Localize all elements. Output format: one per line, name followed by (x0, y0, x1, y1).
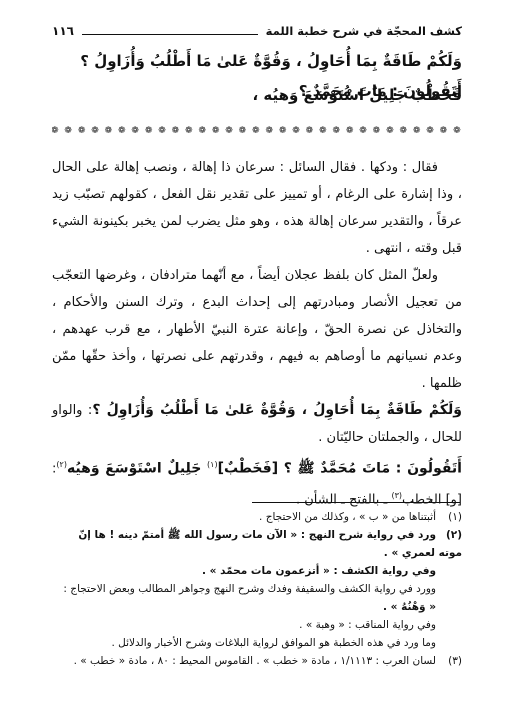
footnote-2-cont-1: وفي رواية الكشف : « أتزعمون مات محمّد » … (52, 562, 462, 580)
running-title: كشف المحجّة في شرح خطبة اللمة (266, 24, 462, 38)
footnote-2-cont-2: وورد في رواية الكشف والسقيفة وفدك وشرح ا… (52, 580, 462, 598)
footnote-text: أثبتناها من « ب » ، وكذلك من الاحتجاج . (259, 511, 436, 523)
paragraph-3: وَلَكُمْ طَاقَةٌ بِمَا أُحَاوِلُ ، وَقُو… (52, 397, 462, 451)
quoted-verse-2a: أَتَقُولُونَ : مَاتَ مُحَمَّدٌ ﷺ ؟ [فَخَ… (218, 460, 462, 476)
footnote-2-cont-5: وما ورد في هذه الخطبة هو الموافق لرواية … (52, 634, 462, 652)
page-header: كشف المحجّة في شرح خطبة اللمة ١١٦ (52, 22, 462, 40)
header-rule (82, 34, 258, 35)
footnote-rule (252, 502, 460, 503)
paragraph-2: ولعلّ المثل كان بلفظ عجلان أيضاً ، مع أن… (52, 262, 462, 397)
quoted-verse: وَلَكُمْ طَاقَةٌ بِمَا أُحَاوِلُ ، وَقُو… (92, 402, 462, 418)
paragraph-4: أَتَقُولُونَ : مَاتَ مُحَمَّدٌ ﷺ ؟ [فَخَ… (52, 451, 462, 514)
footnote-text: لسان العرب : ١/١١١٣ ، مادة « خطب » . الق… (74, 655, 436, 667)
footnote-text: ورد في رواية شرح النهج : « الآن مات رسول… (78, 529, 462, 559)
ornament-divider: ❁ ❁ ❁ ❁ ❁ ❁ ❁ ❁ ❁ ❁ ❁ ❁ ❁ ❁ ❁ ❁ ❁ ❁ ❁ ❁ … (52, 126, 462, 136)
footnote-number: (٣) (436, 652, 462, 670)
commentary-text: فقال : ودكها . فقال السائل : سرعان ذا إه… (52, 154, 462, 514)
book-page: كشف المحجّة في شرح خطبة اللمة ١١٦ وَلَكُ… (52, 0, 462, 722)
footnote-1: (١)أثبتناها من « ب » ، وكذلك من الاحتجاج… (52, 508, 462, 526)
footnotes: (١)أثبتناها من « ب » ، وكذلك من الاحتجاج… (52, 508, 462, 670)
footnote-number: (١) (436, 508, 462, 526)
footnote-2-cont-3: « وَهْنُهُ » . (52, 598, 462, 616)
footnote-ref-1[interactable]: (١) (207, 460, 218, 469)
footnote-2: (٢)ورد في رواية شرح النهج : « الآن مات ر… (52, 526, 462, 562)
paragraph-1: فقال : ودكها . فقال السائل : سرعان ذا إه… (52, 154, 462, 262)
verse-line-2: فَخَطْبٌ جَلِيلٌ اسْتَوْسَعَ وَهيُه ، (52, 80, 462, 110)
footnote-3: (٣)لسان العرب : ١/١١١٣ ، مادة « خطب » . … (52, 652, 462, 670)
quoted-verse-2b: جَلِيلٌ اسْتَوْسَعَ وَهيُه (67, 460, 207, 476)
paragraph-4-text-b: ـ بالفتح ـ الشأن . (296, 493, 392, 508)
footnote-ref-3[interactable]: (٣) (392, 491, 403, 500)
page-number: ١١٦ (52, 24, 74, 38)
footnote-2-cont-4: وفي رواية المناقب : « وهبة » . (52, 616, 462, 634)
footnote-ref-2[interactable]: (٢) (56, 460, 67, 469)
footnote-number: (٢) (436, 526, 462, 544)
